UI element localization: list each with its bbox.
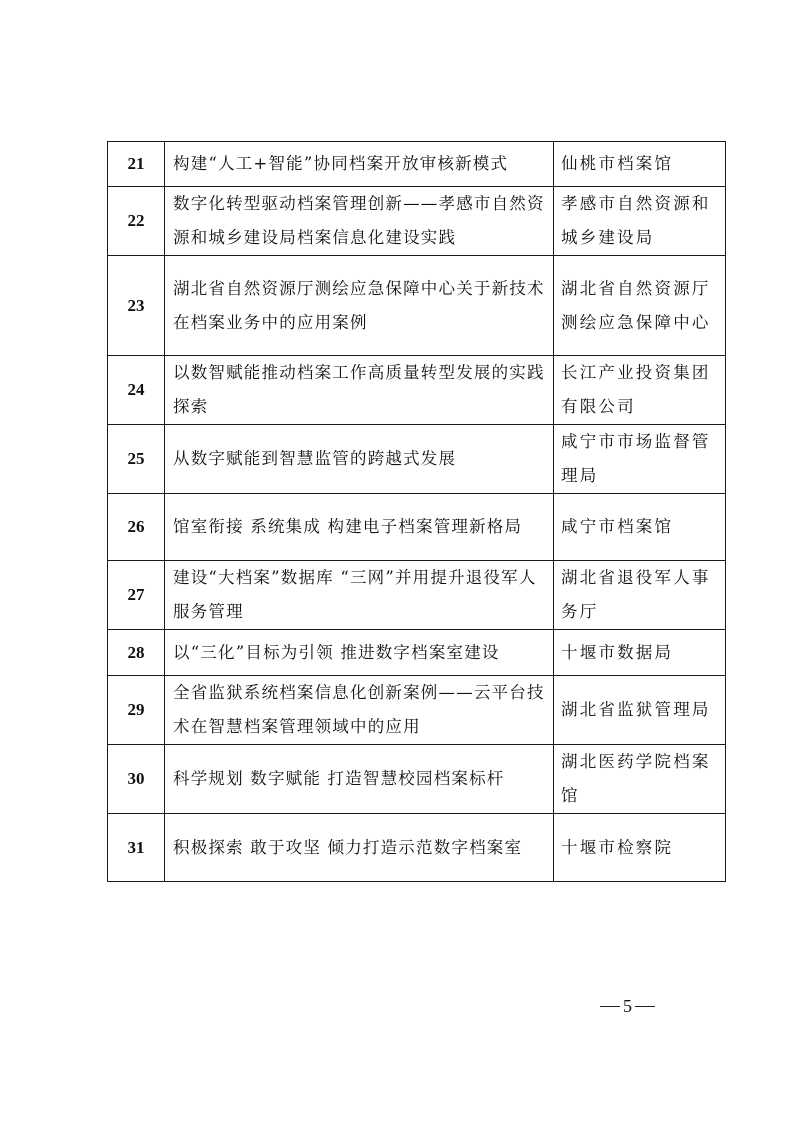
case-title: 馆室衔接 系统集成 构建电子档案管理新格局 xyxy=(165,494,554,561)
case-list-table: 21构建“人工+智能”协同档案开放审核新模式仙桃市档案馆22数字化转型驱动档案管… xyxy=(107,141,726,882)
case-title: 积极探索 敢于攻坚 倾力打造示范数字档案室 xyxy=(165,814,554,882)
organization: 长江产业投资集团有限公司 xyxy=(554,356,726,425)
table-row: 21构建“人工+智能”协同档案开放审核新模式仙桃市档案馆 xyxy=(108,142,726,187)
organization: 咸宁市档案馆 xyxy=(554,494,726,561)
case-title: 数字化转型驱动档案管理创新——孝感市自然资源和城乡建设局档案信息化建设实践 xyxy=(165,187,554,256)
dash-right xyxy=(635,1006,655,1007)
table-row: 27建设“大档案”数据库 “三网”并用提升退役军人服务管理湖北省退役军人事务厅 xyxy=(108,561,726,630)
table-row: 28以“三化”目标为引领 推进数字档案室建设十堰市数据局 xyxy=(108,630,726,676)
row-number: 25 xyxy=(108,425,165,494)
organization: 湖北省自然资源厅测绘应急保障中心 xyxy=(554,256,726,356)
row-number: 30 xyxy=(108,745,165,814)
page-number: 5 xyxy=(623,996,632,1017)
page-footer: 5 xyxy=(600,996,660,1017)
row-number: 31 xyxy=(108,814,165,882)
row-number: 23 xyxy=(108,256,165,356)
row-number: 27 xyxy=(108,561,165,630)
document-page: 21构建“人工+智能”协同档案开放审核新模式仙桃市档案馆22数字化转型驱动档案管… xyxy=(0,0,793,1122)
organization: 咸宁市市场监督管理局 xyxy=(554,425,726,494)
table-row: 25从数字赋能到智慧监管的跨越式发展咸宁市市场监督管理局 xyxy=(108,425,726,494)
organization: 湖北医药学院档案馆 xyxy=(554,745,726,814)
case-title: 构建“人工+智能”协同档案开放审核新模式 xyxy=(165,142,554,187)
case-title: 科学规划 数字赋能 打造智慧校园档案标杆 xyxy=(165,745,554,814)
case-title: 从数字赋能到智慧监管的跨越式发展 xyxy=(165,425,554,494)
case-title: 湖北省自然资源厅测绘应急保障中心关于新技术在档案业务中的应用案例 xyxy=(165,256,554,356)
organization: 孝感市自然资源和城乡建设局 xyxy=(554,187,726,256)
table-row: 22数字化转型驱动档案管理创新——孝感市自然资源和城乡建设局档案信息化建设实践孝… xyxy=(108,187,726,256)
table-row: 24以数智赋能推动档案工作高质量转型发展的实践探索长江产业投资集团有限公司 xyxy=(108,356,726,425)
table-row: 31积极探索 敢于攻坚 倾力打造示范数字档案室十堰市检察院 xyxy=(108,814,726,882)
table-row: 26馆室衔接 系统集成 构建电子档案管理新格局咸宁市档案馆 xyxy=(108,494,726,561)
row-number: 21 xyxy=(108,142,165,187)
row-number: 24 xyxy=(108,356,165,425)
dash-left xyxy=(600,1006,620,1007)
case-title: 以数智赋能推动档案工作高质量转型发展的实践探索 xyxy=(165,356,554,425)
row-number: 26 xyxy=(108,494,165,561)
table-body: 21构建“人工+智能”协同档案开放审核新模式仙桃市档案馆22数字化转型驱动档案管… xyxy=(108,142,726,882)
table-row: 30科学规划 数字赋能 打造智慧校园档案标杆湖北医药学院档案馆 xyxy=(108,745,726,814)
organization: 仙桃市档案馆 xyxy=(554,142,726,187)
case-title: 建设“大档案”数据库 “三网”并用提升退役军人服务管理 xyxy=(165,561,554,630)
organization: 湖北省监狱管理局 xyxy=(554,676,726,745)
organization: 湖北省退役军人事务厅 xyxy=(554,561,726,630)
table-row: 29全省监狱系统档案信息化创新案例——云平台技术在智慧档案管理领域中的应用湖北省… xyxy=(108,676,726,745)
row-number: 22 xyxy=(108,187,165,256)
case-title: 以“三化”目标为引领 推进数字档案室建设 xyxy=(165,630,554,676)
row-number: 29 xyxy=(108,676,165,745)
organization: 十堰市检察院 xyxy=(554,814,726,882)
organization: 十堰市数据局 xyxy=(554,630,726,676)
row-number: 28 xyxy=(108,630,165,676)
case-title: 全省监狱系统档案信息化创新案例——云平台技术在智慧档案管理领域中的应用 xyxy=(165,676,554,745)
table-row: 23湖北省自然资源厅测绘应急保障中心关于新技术在档案业务中的应用案例湖北省自然资… xyxy=(108,256,726,356)
